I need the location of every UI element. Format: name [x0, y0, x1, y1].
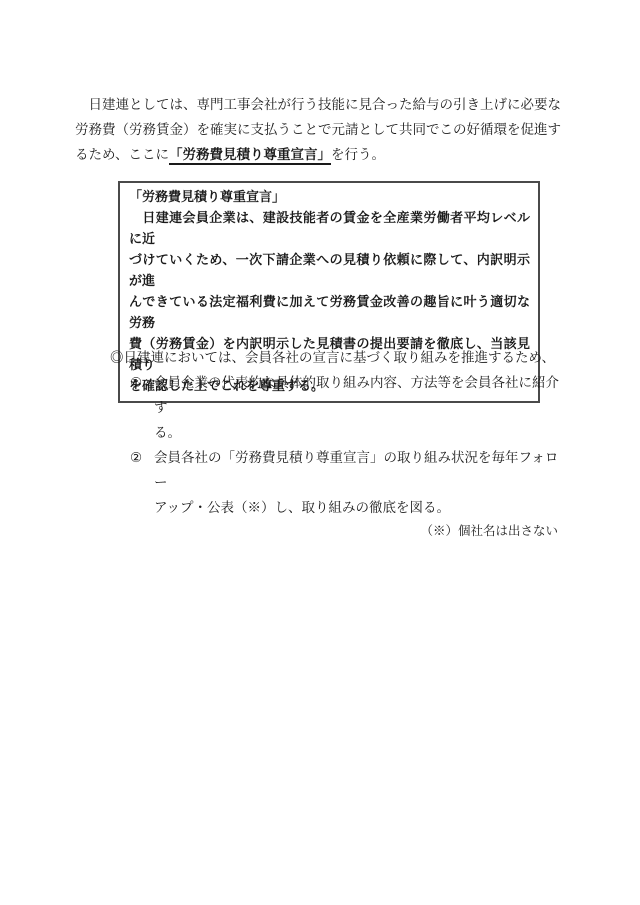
item-2-number: ②: [130, 445, 154, 470]
document-page: 日建連としては、専門工事会社が行う技能に見合った給与の引き上げに必要な 労務費（…: [0, 0, 640, 905]
item-1-number: ①: [130, 370, 154, 395]
followup-item-2: ② 会員各社の「労務費見積り尊重宣言」の取り組み状況を毎年フォロー アップ・公表…: [130, 445, 562, 520]
followup-item-1: ① 会員企業の代表的な具体的取り組み内容、方法等を会員各社に紹介す る。: [130, 370, 562, 445]
footnote: （※）個社名は出さない: [110, 523, 562, 539]
item-1-text: 会員企業の代表的な具体的取り組み内容、方法等を会員各社に紹介す る。: [154, 370, 562, 445]
item-2-text: 会員各社の「労務費見積り尊重宣言」の取り組み状況を毎年フォロー アップ・公表（※…: [154, 445, 562, 520]
intro-paragraph: 日建連としては、専門工事会社が行う技能に見合った給与の引き上げに必要な 労務費（…: [75, 92, 565, 167]
declaration-title-emphasis: 「労務費見積り尊重宣言」: [169, 147, 331, 165]
declaration-box-title: 「労務費見積り尊重宣言」: [129, 186, 530, 207]
followup-heading: ◎日建連においては、会員各社の宣言に基づく取り組みを推進するため、: [110, 345, 562, 370]
intro-text-after: を行う。: [331, 147, 385, 162]
followup-section: ◎日建連においては、会員各社の宣言に基づく取り組みを推進するため、 ① 会員企業…: [110, 345, 562, 539]
